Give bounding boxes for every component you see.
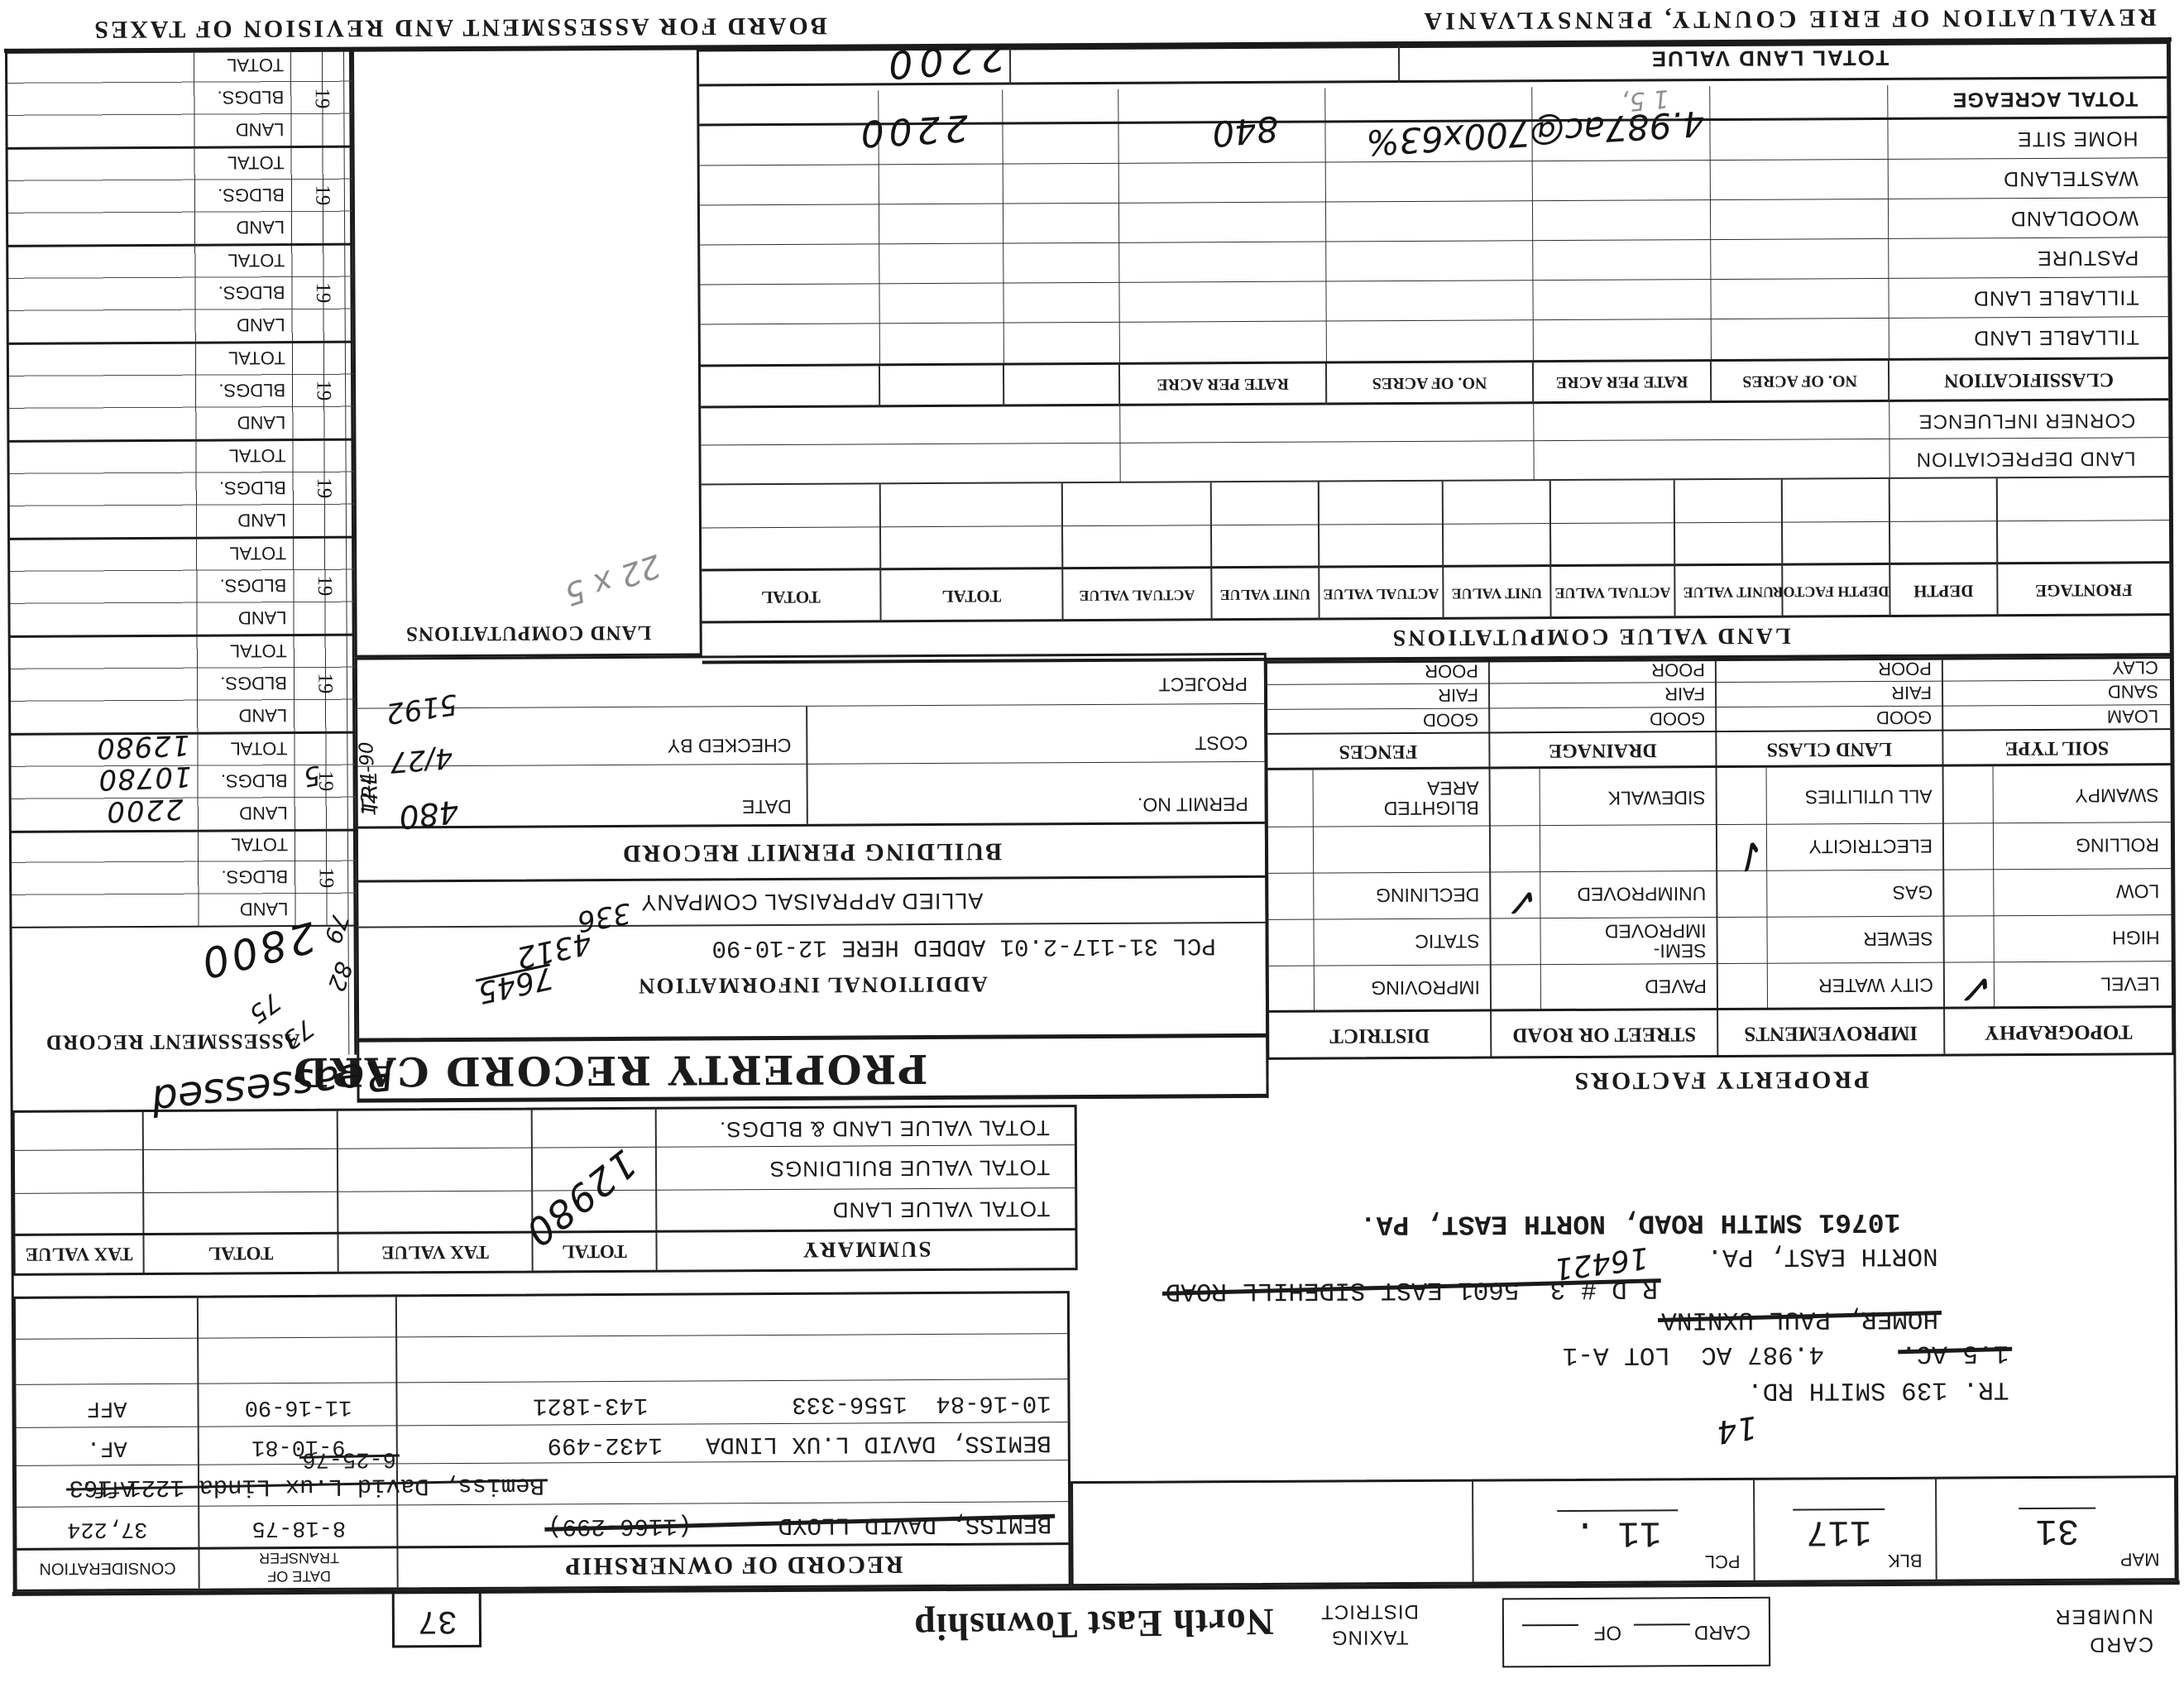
rule — [1269, 1005, 2172, 1013]
permit-cost-label: COST — [1195, 731, 1248, 754]
pf-col-header: IMPROVEMENTS — [1718, 1021, 1943, 1045]
assessment-group: 19 LAND BLDGS. TOTAL — [9, 536, 355, 635]
assessment-group: 19 LAND BLDGS. TOTAL — [8, 439, 354, 538]
grid-line — [16, 1379, 1067, 1385]
owner-consideration: AFF — [16, 1395, 197, 1421]
summary-header: TOTAL — [145, 1242, 338, 1264]
card-number-label: CARD NUMBER — [2053, 1602, 2153, 1658]
pf-cell: LOW — [2116, 880, 2160, 902]
additional-info-line: PCL 31-117-2.01 ADDED HERE 12-10-90 — [711, 932, 1215, 961]
grid-line — [1325, 364, 1327, 405]
classification-row-label: WOODLAND — [2010, 205, 2138, 230]
assessment-row-label: BLDGS. — [218, 281, 285, 303]
pf-cell: ELECTRICITY — [1808, 835, 1933, 858]
grid-line — [702, 476, 2169, 485]
handwritten-margin-date: 12-4-90 — [356, 741, 381, 817]
assessment-row-label: BLDGS. — [220, 574, 287, 596]
pcl-label: PCL — [1705, 1551, 1741, 1572]
grid-line — [1782, 480, 1784, 566]
lvc-header: UNIT VALUE — [1675, 583, 1781, 602]
assessment-row-label: TOTAL — [231, 833, 288, 855]
scanned-property-record-card: CARD NUMBER CARD OF TAXING DISTRICT Nort… — [0, 0, 2184, 1688]
board-title: BOARD FOR ASSESSMENT AND REVISION OF TAX… — [92, 12, 827, 44]
total-land-value-label: TOTAL LAND VALUE — [1455, 44, 2084, 73]
grid-line — [357, 761, 1264, 767]
summary-row-label: TOTAL VALUE LAND & BLDGS. — [719, 1115, 1050, 1142]
card-of-of-label: OF — [1594, 1621, 1621, 1644]
pf-sub-header: DRAINAGE — [1490, 738, 1715, 761]
blk-label: BLK — [1888, 1550, 1923, 1571]
grid-line — [17, 1501, 1068, 1508]
building-permit-title: BUILDING PERMIT RECORD — [358, 836, 1265, 869]
classification-row-label: TILLABLE LAND — [1973, 324, 2139, 349]
summary-header: TAX VALUE — [16, 1243, 143, 1265]
grid-line — [1398, 45, 1400, 83]
map-blk-pcl-box: MAP 31 BLK 117 PCL 11 . — [1070, 1475, 2177, 1586]
handwritten-home-site-rate: 840 — [1210, 108, 1280, 154]
assessment-group: 19 LAND BLDGS. TOTAL — [7, 243, 353, 343]
address-line-current: 10761 SMITH ROAD, NORTH EAST, PA. — [1360, 1206, 1901, 1240]
lvc-header: UNIT VALUE — [1444, 584, 1549, 602]
lvc-header: ACTUAL VALUE — [1319, 585, 1442, 603]
owner-consideration: AF. — [17, 1435, 198, 1460]
grid-line — [15, 1144, 1075, 1151]
pf-sub-cell: GOOD — [1876, 707, 1932, 728]
pf-col-header: TOPOGRAPHY — [1945, 1019, 2172, 1043]
assessment-row-label: TOTAL — [228, 347, 285, 368]
grid-line — [17, 1422, 1068, 1428]
assessment-group: 19 LAND BLDGS. TOTAL — [10, 634, 356, 733]
assessment-row-label: LAND — [239, 802, 288, 823]
grid-line — [1488, 662, 1492, 1056]
assessment-group: 19 LAND BLDGS. TOTAL — [7, 146, 353, 245]
pf-cell: STATIC — [1415, 930, 1480, 952]
owner-date: 11-16-90 — [200, 1393, 395, 1419]
pf-cell: ROLLING — [2076, 833, 2159, 856]
assessment-row-label: LAND — [236, 216, 285, 237]
handwritten-acreage-note: 14 — [1714, 1409, 1759, 1451]
permit-date-label: DATE — [742, 795, 792, 818]
assessment-row-label: BLDGS. — [220, 672, 287, 693]
assessment-row-label: TOTAL — [230, 640, 287, 661]
classification-row-label: WASTELAND — [2003, 165, 2138, 190]
grid-line — [1533, 404, 1534, 481]
assessment-row-label: LAND — [237, 509, 286, 530]
assessment-year-label: 19 — [313, 576, 336, 597]
handwritten-assessment-bldgs: 10780 — [98, 760, 193, 797]
classification-row-label: PASTURE — [2037, 245, 2138, 270]
card-number-label-line1: CARD — [2054, 1630, 2154, 1658]
pf-sub-cell: GOOD — [1423, 709, 1478, 731]
ownership-date-header: DATE OFTRANSFER — [201, 1548, 396, 1585]
assessment-year-label: 19 — [312, 381, 335, 401]
grid-line — [700, 237, 2167, 245]
grid-line — [1268, 822, 2171, 827]
classification-header: CLASSIFICATION — [1889, 367, 2168, 391]
taxing-district-label: TAXING DISTRICT — [1320, 1599, 1419, 1651]
handwritten-assessment-total: 12980 — [95, 728, 190, 765]
grid-line — [1313, 770, 1315, 1013]
classification-header: NO. OF ACRES — [1712, 371, 1888, 391]
grid-line — [1267, 679, 2170, 685]
grid-line — [701, 316, 2168, 324]
pf-cell: LEVEL — [2100, 972, 2160, 995]
rule — [358, 822, 1265, 829]
assessment-row-label: TOTAL — [230, 737, 287, 759]
assessment-row-label: BLDGS. — [219, 477, 286, 498]
grid-line — [1118, 365, 1120, 406]
lvc-header: FRONTAGE — [1998, 579, 2169, 601]
summary-header: TAX VALUE — [339, 1241, 532, 1264]
handwritten-year: 75 — [243, 986, 285, 1029]
lvc-header: DEPTH — [1890, 580, 1996, 602]
grid-line — [1935, 1479, 1937, 1580]
pf-cell: SEWER — [1863, 928, 1933, 950]
lvc-header: TOTAL — [881, 585, 1061, 607]
card-number-label-line2: NUMBER — [2053, 1602, 2153, 1630]
pf-cell: HIGH — [2112, 926, 2160, 948]
township-stamp: North East Township — [913, 1600, 1274, 1650]
ownership-table: RECORD OF OWNERSHIP DATE OFTRANSFER CONS… — [13, 1291, 1071, 1592]
grid-line — [1710, 362, 1712, 403]
assessment-group: 19 LAND BLDGS. TOTAL — [8, 341, 354, 440]
pf-cell: SWAMPY — [2075, 784, 2159, 807]
grid-line — [700, 276, 2167, 285]
rule — [702, 561, 2169, 571]
pf-sub-cell: FAIR — [1891, 682, 1932, 703]
grid-line — [879, 366, 880, 407]
assessment-year-label: 19 — [310, 185, 333, 206]
pf-sub-cell: FAIR — [1438, 684, 1478, 706]
owner-consideration: Aff. — [17, 1475, 198, 1500]
assessment-year-label: 19 — [314, 868, 338, 889]
grid-line — [1753, 1480, 1755, 1580]
grid-line — [806, 707, 808, 824]
grid-line — [357, 703, 1264, 709]
handwritten-total-land-value: 2200 — [880, 34, 1007, 88]
assessment-row-label: LAND — [240, 898, 289, 919]
assessment-row-label: TOTAL — [227, 54, 284, 75]
appraisal-company: ALLIED APPRAISAL COMPANY — [358, 886, 1265, 917]
assessment-group: 19 LAND BLDGS. TOTAL — [7, 50, 352, 147]
grid-line — [1119, 406, 1120, 483]
rule — [1268, 763, 2171, 770]
grid-line — [1888, 361, 1889, 402]
grid-line — [1540, 769, 1542, 1011]
assessment-row-label: BLDGS. — [217, 86, 284, 108]
pf-cell: SIDEWALK — [1608, 786, 1706, 809]
pf-col-header: DISTRICT — [1269, 1023, 1490, 1047]
grid-line — [1942, 660, 1945, 1054]
grid-line — [15, 1187, 1075, 1194]
grid-line — [1269, 961, 2172, 966]
card-of-blank-2 — [1522, 1624, 1578, 1626]
classification-header: NO. OF ACRES — [1327, 372, 1532, 392]
owner-name: 10-16-84 1556-333 143-1821 — [533, 1389, 1051, 1419]
lvc-header: UNIT VALUE — [1212, 586, 1318, 604]
classification-row-label: TILLABLE LAND — [1973, 285, 2139, 309]
date-of: DATE OF — [267, 1568, 331, 1585]
pf-sub-cell: POOR — [1878, 658, 1932, 679]
owner-date: 8-18-75 — [201, 1514, 396, 1540]
corner-influence-label: CORNER INFLUENCE — [1918, 408, 2136, 432]
pf-col-header: STREET OR ROAD — [1492, 1022, 1717, 1046]
classification-row-label: HOME SITE — [2017, 126, 2138, 151]
pf-cell: PAVED — [1645, 975, 1707, 997]
building-permit-table: BUILDING PERMIT RECORD PERMIT NO. DATE C… — [355, 653, 1267, 883]
assessment-year-label: 19 — [313, 674, 336, 694]
pf-sub-header: FENCES — [1267, 739, 1488, 762]
address-line-tr: TR. 139 SMITH RD. — [1747, 1374, 2009, 1405]
summary-row-label: TOTAL VALUE BUILDINGS — [769, 1154, 1051, 1182]
assessment-row-label: BLDGS. — [221, 770, 288, 791]
card-count-value: 37 — [418, 1601, 457, 1638]
pf-sub-cell: POOR — [1651, 659, 1705, 680]
grid-line — [1532, 362, 1534, 404]
assessment-row-label: BLDGS. — [218, 184, 285, 205]
card-of-blank-1 — [1634, 1623, 1690, 1625]
handwritten-year: 82 — [322, 958, 357, 995]
pf-sub-cell: POOR — [1425, 660, 1478, 682]
grid-line — [700, 197, 2167, 205]
pcl-value: 11 . — [1558, 1509, 1679, 1553]
handwritten-permit-date: 4/27 — [389, 741, 454, 779]
grid-line — [1889, 402, 1889, 479]
grid-line — [1472, 1482, 1474, 1582]
land-depreciation-label: LAND DEPRECIATION — [1916, 446, 2136, 470]
rule — [701, 357, 2168, 367]
appraisal-band: ALLIED APPRAISAL COMPANY — [356, 878, 1267, 927]
pf-sub-cell: FAIR — [1664, 683, 1705, 704]
handwritten-permit-number: 480 — [397, 793, 461, 836]
owner-consideration: 37,224 — [17, 1516, 198, 1542]
pf-cell: SEMI- IMPROVED — [1573, 921, 1706, 961]
handwritten-assessment-land: 2200 — [104, 792, 184, 828]
permit-project-label: PROJECT — [1159, 673, 1248, 696]
assessment-row-label: TOTAL — [227, 249, 285, 271]
summary-row-label: TOTAL VALUE LAND — [832, 1196, 1051, 1222]
assessment-year-label: 19 — [311, 283, 334, 304]
grid-line — [702, 520, 2169, 528]
map-label: MAP — [2120, 1548, 2160, 1570]
grid-line — [1268, 868, 2171, 874]
assessment-row-label: LAND — [237, 314, 285, 335]
pf-sub-cell: GOOD — [1650, 707, 1705, 729]
rule — [701, 398, 2168, 408]
grid-line — [701, 437, 2168, 445]
lvc-title: LAND VALUE COMPUTATIONS — [1326, 621, 1856, 650]
summary-header: SUMMARY — [657, 1235, 1075, 1264]
property-factors-table: TOPOGRAPHY IMPROVEMENTS STREET OR ROAD D… — [1265, 656, 2175, 1060]
assessment-row-label: TOTAL — [229, 542, 286, 563]
pf-cell: UNIMPROVED — [1577, 882, 1706, 905]
classification-row-label: TOTAL ACREAGE — [1952, 86, 2138, 111]
taxing-label-line1: TAXING — [1320, 1624, 1419, 1651]
pf-cell: DECLINING — [1376, 884, 1479, 907]
assessment-row-label: LAND — [238, 704, 287, 726]
lvc-header: DEPTH FACTOR — [1783, 583, 1889, 601]
grid-line — [1003, 366, 1004, 407]
pf-cell: ALL UTILITIES — [1805, 785, 1933, 808]
handwritten-home-site-value: 2200 — [855, 106, 970, 155]
acreage-new: 4.987 AC LOT A-1 — [1563, 1339, 1824, 1369]
pf-cell: CITY WATER — [1818, 974, 1933, 997]
assessment-year-label: 19 — [310, 89, 333, 109]
assessment-row-label: BLDGS. — [218, 379, 285, 400]
pf-cell: BLIGHTED AREA — [1363, 778, 1479, 818]
assessment-row-label: LAND — [236, 118, 285, 140]
blk-value: 117 — [1793, 1508, 1885, 1552]
permit-no-label: PERMIT NO. — [1137, 793, 1248, 816]
grid-line — [17, 1460, 1068, 1466]
grid-line — [1715, 661, 1718, 1055]
address-line-town: NORTH EAST, PA. — [1707, 1241, 1937, 1271]
pf-cell: GAS — [1893, 881, 1933, 904]
pf-sub-header: SOIL TYPE — [1943, 736, 2170, 759]
card-count-box: 37 — [392, 1590, 481, 1648]
grid-line — [16, 1333, 1067, 1340]
map-value: 31 — [2019, 1508, 2095, 1551]
pf-sub-cell: CLAY — [2112, 656, 2158, 678]
revaluation-title: REVALUATION OF ERIE COUNTY, PENNSYLVANIA — [1420, 2, 2157, 35]
pf-sub-cell: SAND — [2108, 680, 2158, 702]
card-of-label: CARD — [1694, 1620, 1751, 1643]
owner-name: BEMISS, DAVID L.UX LINDA 1432-499 — [548, 1429, 1051, 1459]
pf-sub-cell: LOAM — [2107, 705, 2158, 727]
rule — [1267, 728, 2170, 735]
owner-date: 9-10-81 — [201, 1433, 396, 1459]
permit-checked-by-label: CHECKED BY — [668, 734, 792, 757]
classification-header: RATE PER ACRE — [1534, 372, 1710, 391]
card-rotated-content: CARD NUMBER CARD OF TAXING DISTRICT Nort… — [0, 0, 2184, 1688]
card-of-box: CARD OF — [1502, 1597, 1770, 1668]
address-line-former-owner: HOMER, PAUL UXNINA — [1661, 1304, 1938, 1335]
assessment-row-label: LAND — [237, 411, 286, 433]
grid-line — [1268, 914, 2171, 920]
lvc-header: ACTUAL VALUE — [1551, 583, 1674, 602]
struck-acreage: 1.5 AC. — [1901, 1338, 2009, 1368]
assessment-year-label: 19 — [312, 478, 335, 499]
grid-line — [1766, 768, 1769, 1010]
assessment-row-label: TOTAL — [229, 444, 286, 466]
rule — [702, 613, 2170, 623]
assessment-row-label: BLDGS. — [221, 866, 288, 887]
ownership-consideration-header: CONSIDERATION — [17, 1558, 199, 1578]
assessment-row-label: TOTAL — [227, 151, 285, 173]
address-line-acreage: 1.5 AC. 4.987 AC LOT A-1 — [1563, 1338, 2009, 1369]
ownership-title: RECORD OF OWNERSHIP — [398, 1549, 1068, 1580]
owner-name: BEMISS, DAVID LLOYD (1166-299) — [548, 1510, 1051, 1540]
property-factors-title: PROPERTY FACTORS — [1267, 1063, 2174, 1096]
grid-line — [1267, 704, 2170, 710]
lvc-header: ACTUAL VALUE — [1063, 586, 1210, 604]
pf-sub-header: LAND CLASS — [1717, 737, 1942, 760]
lvc-header: TOTAL — [702, 586, 879, 607]
classification-header: RATE PER ACRE — [1120, 374, 1325, 394]
grid-line — [1009, 47, 1011, 85]
land-computations-title: LAND COMPUTATIONS — [357, 620, 700, 645]
acreage-rest — [1824, 1339, 1901, 1368]
taxing-label-line2: DISTRICT — [1320, 1599, 1419, 1625]
pf-cell: IMPROVING — [1371, 976, 1480, 1000]
assessment-row-label: LAND — [238, 607, 287, 628]
handwritten-acreage-faint: 1 5, — [1621, 84, 1670, 117]
transfer: TRANSFER — [259, 1550, 339, 1567]
